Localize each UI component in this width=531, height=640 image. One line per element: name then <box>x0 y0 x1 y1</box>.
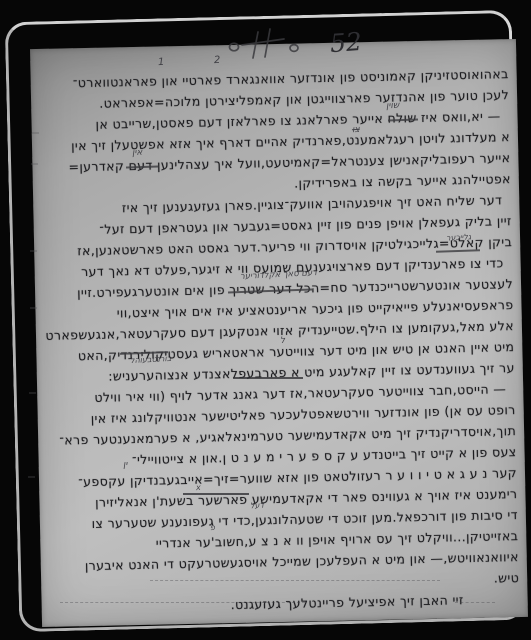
scanned-document-page: באהואוסטזיניקן קאמוניסט פון אונדזער אווא… <box>0 0 531 640</box>
typewritten-text-block: באהואוסטזיניקן קאמוניסט פון אונדזער אווא… <box>43 63 520 619</box>
paper: באהואוסטזיניקן קאמוניסט פון אונדזער אווא… <box>30 39 528 627</box>
